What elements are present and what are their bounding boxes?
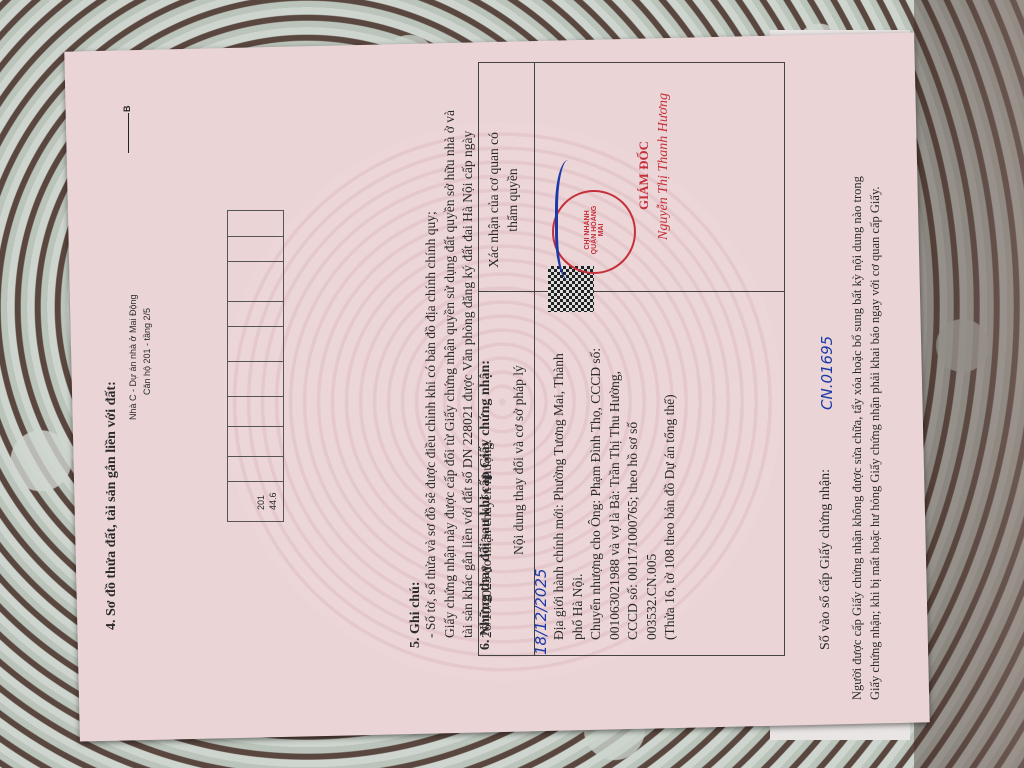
section4-unit: Căn hộ 201 - tầng 2/5 bbox=[142, 308, 152, 395]
entry-line: 003532.CN.005 bbox=[643, 348, 662, 640]
signature-icon bbox=[555, 160, 588, 280]
glass-table-edge bbox=[914, 0, 1024, 768]
signer-name: Nguyễn Thị Thanh Hương bbox=[656, 93, 672, 240]
unit-area: 44.6 bbox=[268, 492, 278, 510]
north-arrow-icon bbox=[128, 113, 129, 153]
note-line: - Số tờ, số thửa và sơ đồ sẽ được điều c… bbox=[422, 110, 441, 638]
note-line: tài sản khác gắn liền với đất số DN 2280… bbox=[459, 110, 478, 638]
registry-label: Số vào sổ cấp Giấy chứng nhận: bbox=[818, 469, 834, 650]
warning-notice: Người được cấp Giấy chứng nhận không đượ… bbox=[848, 176, 884, 700]
north-label: B bbox=[122, 106, 132, 113]
entry-line: Địa giới hành chính mới: Phường Tương Ma… bbox=[550, 348, 569, 640]
warning-line: Giấy chứng nhận; khi bị mất hoặc hư hỏng… bbox=[866, 176, 884, 700]
floor-plan-diagram bbox=[227, 210, 284, 522]
section4-title: 4. Sơ đồ thửa đất, tài sản gắn liền với … bbox=[104, 381, 120, 630]
entry-line: (Thửa 16, tờ 108 theo bản đồ Dự án tổng … bbox=[661, 348, 680, 640]
entry-line: phố Hà Nội. bbox=[569, 348, 588, 640]
signer-title: GIÁM ĐỐC bbox=[636, 141, 652, 210]
col-header-confirmation: Xác nhận của cơ quan có thẩm quyền bbox=[485, 130, 522, 270]
entry-line: 001063021988 và vợ là Bà: Trần Thị Thu H… bbox=[606, 348, 625, 640]
entry-line: Chuyển nhượng cho Ông: Phạm Đình Thọ, CC… bbox=[587, 348, 606, 640]
entry-date: 18/12/2025 bbox=[532, 569, 550, 655]
entry-line: CCCD số: 001171000765; theo hồ sơ số bbox=[624, 348, 643, 640]
col-header-content: Nội dung thay đổi và cơ sở pháp lý bbox=[510, 365, 529, 555]
entry-content: Địa giới hành chính mới: Phường Tương Ma… bbox=[550, 348, 680, 640]
registry-number: CN.01695 bbox=[818, 336, 836, 410]
warning-line: Người được cấp Giấy chứng nhận không đượ… bbox=[848, 176, 866, 700]
unit-number: 201 bbox=[256, 495, 266, 510]
note-line: Giấy chứng nhận này được cấp đổi từ Giấy… bbox=[441, 110, 460, 638]
section4-building: Nhà C - Dự án nhà ở Mai Động bbox=[128, 295, 138, 420]
